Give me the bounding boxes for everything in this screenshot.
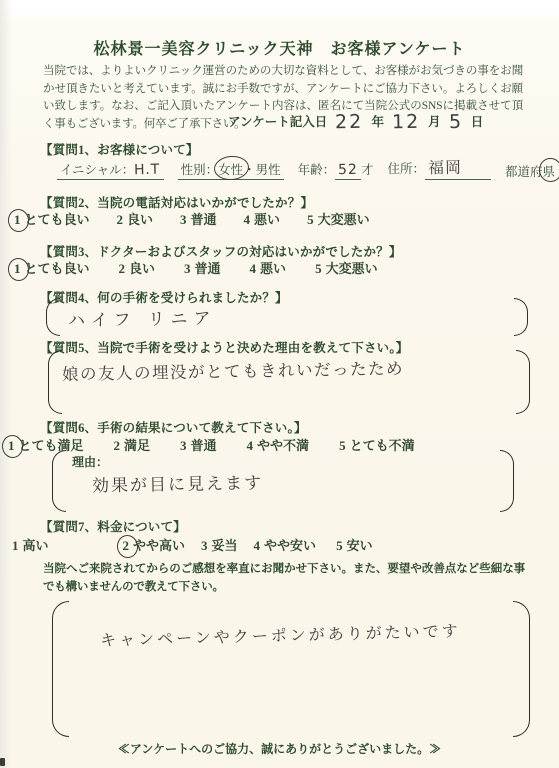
q2-option-2: 2良い [117, 209, 154, 228]
survey-date-row: アンケート記入日 22 年 12 月 5 日 [228, 112, 483, 130]
address-field: 住所：福岡 [387, 155, 491, 180]
q4-answer-box: ハイフ リニア [46, 298, 528, 336]
age-value: 52 [338, 162, 358, 178]
q7-header: 【質問7、料金について】 [40, 517, 186, 535]
date-day-suffix: 日 [471, 112, 484, 130]
q7-option-5: 5安い [336, 535, 373, 554]
q7-options: 1高い 2やや高い 3妥当 4やや安い 5安い [12, 535, 373, 554]
q5-answer-handwritten: 娘の友人の埋没がとてもきれいだったため [62, 355, 404, 385]
q3-option-1-circle: 1 [14, 261, 21, 277]
q6-reason-label: 理由： [72, 453, 108, 470]
q7-option-2-circle: 2 [123, 538, 130, 554]
comment-answer-handwritten: キャンペーンやクーポンがありがたいです [100, 618, 461, 650]
q2-option-5: 5大変悪い [307, 209, 370, 228]
gender-field: 性別：女性・男性 [178, 160, 284, 180]
comment-prompt: 当院へご来院されてからのご感想を率直にお聞かせ下さい。また、要望や改善点など些細… [43, 560, 525, 596]
q7-option-3: 3妥当 [201, 535, 238, 554]
scan-edge-top [0, 0, 559, 24]
q1-fields-row: イニシャル：H.T 性別：女性・男性 年齢：52才 住所：福岡 都道府県 [57, 155, 555, 180]
age-unit: 才 [361, 163, 374, 177]
q3-option-5: 5大変悪い [315, 258, 378, 277]
gender-label: 性別： [181, 163, 219, 177]
initial-label: イニシャル： [60, 163, 134, 177]
address-value: 福岡 [428, 155, 462, 179]
q3-option-2: 2良い [119, 258, 156, 277]
age-field: 年齢：52才 [298, 160, 374, 180]
page-title: 松林景一美容クリニック天神 お客様アンケート [0, 36, 559, 59]
q5-answer-box: 娘の友人の埋没がとてもきれいだったため [48, 350, 530, 414]
initial-field: イニシャル：H.T [57, 160, 164, 180]
age-label: 年齢： [298, 163, 336, 177]
q2-option-1-circle: 1 [14, 212, 21, 228]
q7-option-1: 1高い [12, 535, 49, 554]
scan-edge-left [0, 0, 12, 768]
q3-option-1-selected: 1とても良い [14, 258, 90, 277]
initial-value: H.T [134, 162, 161, 178]
prefecture-ken-circled: 県 [543, 162, 556, 180]
q3-option-4: 4悪い [250, 258, 287, 277]
q3-options: 1とても良い 2良い 3普通 4悪い 5大変悪い [14, 258, 378, 277]
address-label: 住所： [387, 162, 425, 176]
q4-answer-handwritten: ハイフ リニア [68, 304, 217, 332]
date-year-suffix: 年 [371, 112, 384, 130]
q2-options: 1とても良い 2良い 3普通 4悪い 5大変悪い [14, 209, 370, 228]
q6-reason-box: 理由： 効果が目に見えます [52, 450, 514, 512]
prefecture-suffix: 都道府県 [505, 162, 555, 180]
q2-option-1-selected: 1とても良い [14, 209, 90, 228]
gender-option-female-circled: 女性 [218, 160, 243, 178]
comment-answer-box: キャンペーンやクーポンがありがたいです [52, 601, 530, 737]
q6-reason-handwritten: 効果が目に見えます [92, 469, 263, 497]
survey-document: 松林景一美容クリニック天神 お客様アンケート 当院では、よりよいクリニック運営の… [0, 0, 559, 768]
date-year-value: 22 [335, 114, 363, 130]
date-day-value: 5 [449, 114, 463, 130]
q2-option-4: 4悪い [244, 209, 281, 228]
date-month-value: 12 [392, 114, 420, 130]
q7-option-2-selected: 2やや高い [123, 535, 186, 554]
q2-option-3: 3普通 [180, 209, 217, 228]
scan-artifact-mark [0, 758, 5, 766]
q3-option-3: 3普通 [184, 258, 221, 277]
gender-option-male: 男性 [256, 163, 281, 177]
date-label: アンケート記入日 [228, 112, 327, 130]
closing-thanks: ≪アンケートへのご協力、誠にありがとうございました。≫ [0, 740, 559, 757]
prefecture-prefix-text: 都道府 [505, 165, 543, 179]
date-month-suffix: 月 [428, 112, 441, 130]
q6-option-1-circle: 1 [8, 438, 15, 454]
q6-header: 【質問6、手術の結果について教えて下さい。】 [40, 418, 307, 436]
q7-option-4: 4やや安い [254, 535, 317, 554]
